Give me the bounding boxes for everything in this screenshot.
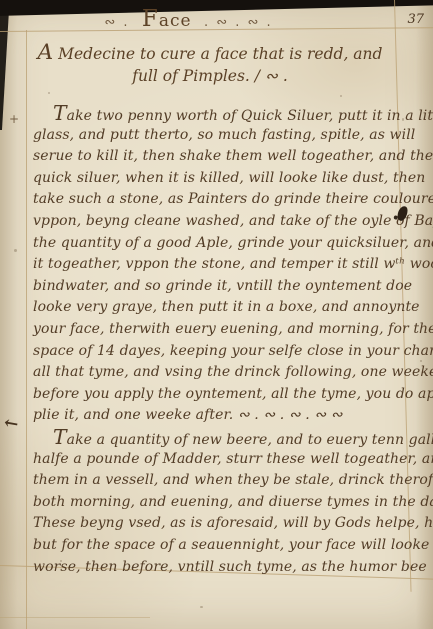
manuscript-line: plie it, and one weeke after. ∾ . ∾ . ∾ … — [33, 405, 425, 427]
margin-cross-mark: + — [9, 112, 19, 126]
paper-speck — [340, 95, 342, 97]
manuscript-line: serue to kill it, then shake them well t… — [33, 146, 425, 168]
manuscript-line: before you apply the oyntement, all the … — [33, 384, 425, 406]
manuscript-line: both morning, and euening, and diuerse t… — [33, 492, 425, 514]
recipe-title: A Medecine to cure a face that is redd, … — [20, 42, 400, 87]
recipe-title-line-2: full of Pimples. / ∾ . — [20, 65, 400, 87]
recipe-paragraph-1: Take two penny worth of Quick Siluer, pu… — [33, 103, 425, 427]
manuscript-line: Take two penny worth of Quick Siluer, pu… — [33, 103, 425, 125]
manuscript-line: halfe a pounde of Madder, sturr these we… — [33, 449, 425, 471]
folio-heading: Face — [142, 6, 192, 32]
paper-speck — [200, 606, 203, 608]
paper-speck — [90, 310, 92, 312]
paper-speck — [420, 360, 422, 362]
manuscript-line: vppon, beyng cleane washed, and take of … — [33, 211, 425, 233]
manuscript-line: all that tyme, and vsing the drinck foll… — [33, 362, 425, 384]
header-flourish-left: ∾ . — [104, 15, 129, 30]
manuscript-line: glass, and putt therto, so much fasting,… — [33, 125, 425, 147]
folio-number: 37 — [407, 12, 424, 27]
manuscript-line: your face, therwith euery euening, and m… — [33, 319, 425, 341]
manuscript-line: it togeather, vppon the stone, and tempe… — [33, 254, 425, 276]
manuscript-line: the quantity of a good Aple, grinde your… — [33, 233, 425, 255]
page-header: ∾ . Face . ∾ . ∾ . — [0, 6, 433, 32]
recipe-paragraph-2: Take a quantity of new beere, and to eue… — [33, 427, 425, 578]
manuscript-line: looke very graye, then putt it in a boxe… — [33, 297, 425, 319]
manuscript-line: take such a stone, as Painters do grinde… — [33, 189, 425, 211]
manuscript-line: but for the space of a seauennight, your… — [33, 535, 425, 557]
paper-speck — [60, 560, 62, 562]
manuscript-scan: ∾ . Face . ∾ . ∾ . 37 A Medecine to cure… — [0, 0, 433, 629]
manuscript-line: them in a vessell, and when they be stal… — [33, 470, 425, 492]
manuscript-line: space of 14 dayes, keeping your selfe cl… — [33, 341, 425, 363]
recipe-title-line-1: A Medecine to cure a face that is redd, … — [20, 42, 400, 65]
ruled-line-footer — [0, 617, 150, 618]
manuscript-line: worse, then before, vntill such tyme, as… — [33, 557, 425, 579]
ruled-margin-left — [26, 30, 27, 629]
manuscript-line: Take a quantity of new beere, and to eue… — [33, 427, 425, 449]
manuscript-line: These beyng vsed, as is aforesaid, will … — [33, 513, 425, 535]
paper-speck — [48, 92, 50, 94]
paper-speck — [402, 118, 404, 121]
manuscript-line: quick siluer, when it is killed, will lo… — [33, 168, 425, 190]
manuscript-line: bindwater, and so grinde it, vntill the … — [33, 276, 425, 298]
header-flourish-right: . ∾ . ∾ . — [204, 15, 273, 30]
paper-speck — [14, 249, 17, 252]
